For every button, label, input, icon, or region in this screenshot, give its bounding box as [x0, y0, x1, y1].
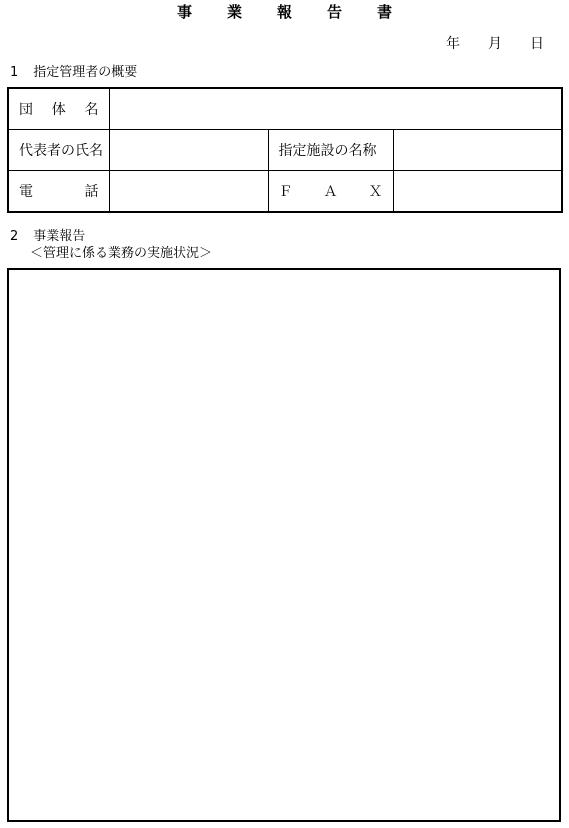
section2-number: 2 [10, 230, 18, 244]
org-name-label: 団 体 名 [8, 88, 109, 130]
phone-label: 電 話 [8, 171, 109, 213]
table-row-phone-fax: 電 話 Ｆ Ａ Ｘ [8, 171, 562, 213]
section1-heading: 1指定管理者の概要 [0, 66, 569, 80]
representative-name-label: 代表者の氏名 [8, 130, 109, 171]
section2-title: 事業報告 [33, 229, 85, 244]
org-name-field[interactable] [109, 88, 562, 130]
section1-title: 指定管理者の概要 [33, 65, 137, 80]
table-row-representative-facility: 代表者の氏名 指定施設の名称 [8, 130, 562, 171]
table-row-organization: 団 体 名 [8, 88, 562, 130]
section2-heading: 2事業報告 [0, 230, 569, 244]
facility-name-label: 指定施設の名称 [268, 130, 393, 171]
fax-label: Ｆ Ａ Ｘ [268, 171, 393, 213]
fax-field[interactable] [393, 171, 562, 213]
section1-number: 1 [10, 66, 18, 80]
section2-subheading: ＜管理に係る業務の実施状況＞ [0, 246, 569, 261]
representative-name-field[interactable] [109, 130, 268, 171]
date-line: 年 月 日 [0, 36, 569, 53]
administrator-info-table: 団 体 名 代表者の氏名 指定施設の名称 電 話 Ｆ Ａ Ｘ [7, 87, 563, 213]
document-page: 事 業 報 告 書 年 月 日 1指定管理者の概要 団 体 名 代表者の氏名 指… [0, 3, 569, 822]
document-title: 事 業 報 告 書 [0, 3, 569, 21]
facility-name-field[interactable] [393, 130, 562, 171]
phone-field[interactable] [109, 171, 268, 213]
report-content-box[interactable] [7, 268, 561, 822]
